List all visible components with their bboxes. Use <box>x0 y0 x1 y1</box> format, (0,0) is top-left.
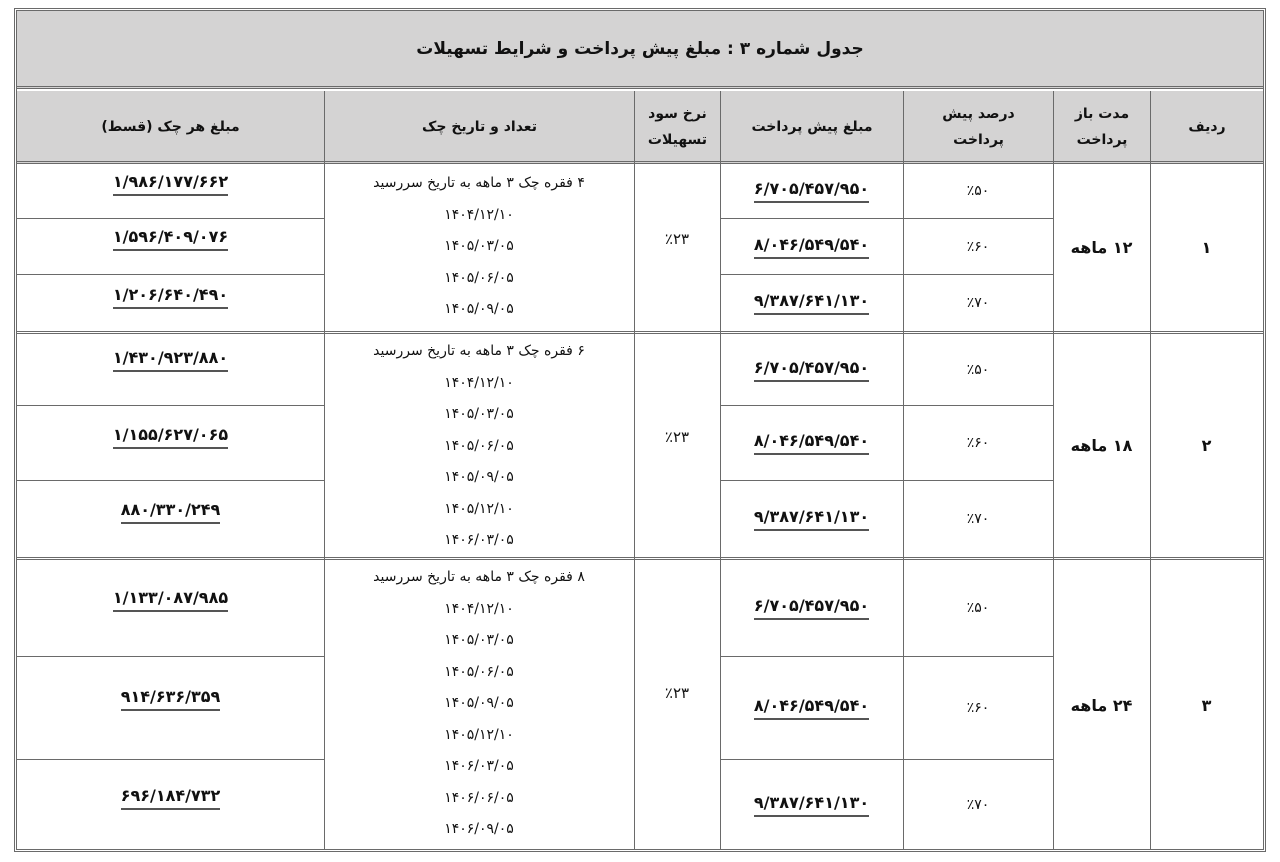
prepay-amount-cell: ۹/۳۸۷/۶۴۱/۱۳۰ <box>720 760 903 850</box>
prepay-amount: ۶/۷۰۵/۴۵۷/۹۵۰ <box>754 179 869 203</box>
check-amount-cell: ۱/۲۰۶/۶۴۰/۴۹۰ <box>17 275 324 319</box>
check-dates-cell: ۴ فقره چک ۳ ماهه به تاریخ سررسید ۱۴۰۴/۱۲… <box>324 168 634 328</box>
check-date: ۱۴۰۶/۰۳/۰۵ <box>444 751 514 783</box>
header-row-number: ردیف <box>1150 91 1263 163</box>
check-date: ۱۴۰۵/۰۶/۰۵ <box>444 657 514 689</box>
check-amount: ۸۸۰/۳۳۰/۲۴۹ <box>121 500 221 524</box>
header-check-amount: مبلغ هر چک (قسط) <box>17 91 324 163</box>
check-date: ۱۴۰۵/۰۹/۰۵ <box>444 688 514 720</box>
table-title: جدول شماره ۳ : مبلغ پیش پرداخت و شرایط ت… <box>17 11 1263 89</box>
prepay-amount: ۶/۷۰۵/۴۵۷/۹۵۰ <box>754 596 869 620</box>
check-dates-cell: ۸ فقره چک ۳ ماهه به تاریخ سررسید ۱۴۰۴/۱۲… <box>324 562 634 850</box>
check-amount: ۱/۴۳۰/۹۲۳/۸۸۰ <box>113 348 228 372</box>
prepay-amount-cell: ۹/۳۸۷/۶۴۱/۱۳۰ <box>720 275 903 331</box>
header-term: مدت باز پرداخت <box>1053 91 1150 163</box>
check-date: ۱۴۰۶/۰۹/۰۵ <box>444 814 514 846</box>
check-amount-cell: ۱/۹۸۶/۱۷۷/۶۶۲ <box>17 164 324 204</box>
check-amount: ۱/۲۰۶/۶۴۰/۴۹۰ <box>113 285 228 309</box>
prepay-percent: ٪۷۰ <box>903 760 1053 850</box>
prepay-percent: ٪۶۰ <box>903 406 1053 480</box>
row-number: ۲ <box>1150 334 1263 557</box>
check-amount-cell: ۱/۵۹۶/۴۰۹/۰۷۶ <box>17 219 324 259</box>
row-number: ۳ <box>1150 560 1263 850</box>
check-amount: ۱/۱۳۳/۰۸۷/۹۸۵ <box>113 588 228 612</box>
check-amount: ۱/۱۵۵/۶۲۷/۰۶۵ <box>113 425 228 449</box>
prepay-amount-cell: ۶/۷۰۵/۴۵۷/۹۵۰ <box>720 560 903 656</box>
check-amount-cell: ۱/۴۳۰/۹۲۳/۸۸۰ <box>17 334 324 386</box>
check-amount-cell: ۶۹۶/۱۸۴/۷۳۲ <box>17 760 324 836</box>
prepay-percent: ٪۵۰ <box>903 560 1053 656</box>
check-dates-cell: ۶ فقره چک ۳ ماهه به تاریخ سررسید ۱۴۰۴/۱۲… <box>324 336 634 556</box>
check-date: ۱۴۰۵/۰۹/۰۵ <box>444 462 514 494</box>
check-amount: ۶۹۶/۱۸۴/۷۳۲ <box>121 786 221 810</box>
prepay-amount: ۶/۷۰۵/۴۵۷/۹۵۰ <box>754 358 869 382</box>
header-prepay-amount: مبلغ پیش پرداخت <box>720 91 903 163</box>
check-amount-cell: ۱/۱۵۵/۶۲۷/۰۶۵ <box>17 406 324 468</box>
check-date: ۱۴۰۵/۰۳/۰۵ <box>444 399 514 431</box>
check-intro: ۴ فقره چک ۳ ماهه به تاریخ سررسید <box>373 168 585 200</box>
check-date: ۱۴۰۴/۱۲/۱۰ <box>444 368 514 400</box>
check-intro: ۸ فقره چک ۳ ماهه به تاریخ سررسید <box>373 562 585 594</box>
prepay-percent: ٪۶۰ <box>903 219 1053 274</box>
prepay-amount: ۸/۰۴۶/۵۴۹/۵۴۰ <box>754 235 869 259</box>
check-date: ۱۴۰۶/۰۳/۰۵ <box>444 525 514 557</box>
prepay-amount-cell: ۹/۳۸۷/۶۴۱/۱۳۰ <box>720 481 903 557</box>
prepay-percent: ٪۵۰ <box>903 164 1053 218</box>
check-amount: ۱/۵۹۶/۴۰۹/۰۷۶ <box>113 227 228 251</box>
check-date: ۱۴۰۶/۰۶/۰۵ <box>444 783 514 815</box>
check-intro: ۶ فقره چک ۳ ماهه به تاریخ سررسید <box>373 336 585 368</box>
prepay-percent: ٪۵۰ <box>903 334 1053 405</box>
interest-rate: ٪۲۳ <box>634 164 720 314</box>
check-amount-cell: ۸۸۰/۳۳۰/۲۴۹ <box>17 481 324 543</box>
prepay-amount: ۹/۳۸۷/۶۴۱/۱۳۰ <box>754 291 869 315</box>
check-date: ۱۴۰۴/۱۲/۱۰ <box>444 200 514 232</box>
header-interest-rate: نرخ سود تسهیلات <box>634 91 720 163</box>
check-date: ۱۴۰۵/۱۲/۱۰ <box>444 494 514 526</box>
header-check-count-dates: تعداد و تاریخ چک <box>324 91 634 163</box>
prepay-amount-cell: ۸/۰۴۶/۵۴۹/۵۴۰ <box>720 219 903 274</box>
prepay-percent: ٪۷۰ <box>903 275 1053 331</box>
check-date: ۱۴۰۵/۱۲/۱۰ <box>444 720 514 752</box>
check-date: ۱۴۰۴/۱۲/۱۰ <box>444 594 514 626</box>
check-date: ۱۴۰۵/۰۳/۰۵ <box>444 231 514 263</box>
interest-rate: ٪۲۳ <box>634 334 720 540</box>
row-number: ۱ <box>1150 164 1263 331</box>
prepay-amount: ۹/۳۸۷/۶۴۱/۱۳۰ <box>754 793 869 817</box>
prepay-percent: ٪۶۰ <box>903 657 1053 759</box>
interest-rate: ٪۲۳ <box>634 560 720 826</box>
term-cell: ۲۴ ماهه <box>1053 560 1150 850</box>
prepay-amount-cell: ۸/۰۴۶/۵۴۹/۵۴۰ <box>720 406 903 480</box>
prepay-amount-cell: ۶/۷۰۵/۴۵۷/۹۵۰ <box>720 334 903 405</box>
prepay-amount: ۸/۰۴۶/۵۴۹/۵۴۰ <box>754 696 869 720</box>
check-amount-cell: ۹۱۴/۶۳۶/۳۵۹ <box>17 657 324 741</box>
term-cell: ۱۸ ماهه <box>1053 334 1150 557</box>
prepay-amount: ۸/۰۴۶/۵۴۹/۵۴۰ <box>754 431 869 455</box>
check-amount: ۹۱۴/۶۳۶/۳۵۹ <box>121 687 221 711</box>
prepay-amount-cell: ۸/۰۴۶/۵۴۹/۵۴۰ <box>720 657 903 759</box>
prepay-amount: ۹/۳۸۷/۶۴۱/۱۳۰ <box>754 507 869 531</box>
term-cell: ۱۲ ماهه <box>1053 164 1150 331</box>
check-amount: ۱/۹۸۶/۱۷۷/۶۶۲ <box>113 172 228 196</box>
check-date: ۱۴۰۵/۰۶/۰۵ <box>444 263 514 295</box>
check-date: ۱۴۰۵/۰۹/۰۵ <box>444 294 514 326</box>
prepay-amount-cell: ۶/۷۰۵/۴۵۷/۹۵۰ <box>720 164 903 218</box>
prepay-percent: ٪۷۰ <box>903 481 1053 557</box>
header-prepay-percent: درصد پیش پرداخت <box>903 91 1053 163</box>
check-amount-cell: ۱/۱۳۳/۰۸۷/۹۸۵ <box>17 560 324 640</box>
check-date: ۱۴۰۵/۰۳/۰۵ <box>444 625 514 657</box>
check-date: ۱۴۰۵/۰۶/۰۵ <box>444 431 514 463</box>
